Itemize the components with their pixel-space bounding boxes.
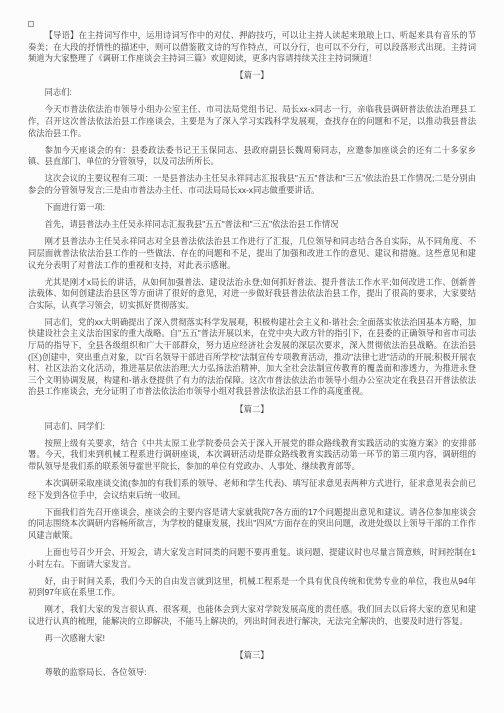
paragraph: 下面进行第一项: [28, 202, 476, 214]
paragraph: 上面也号召少开会、开短会，请大家发言时同类的问题不要再重复。谈问题、提建议时也尽… [28, 547, 476, 570]
paragraph: 按照上级有关要求，结合《中共太原工业学院委员会关于深入开展党的群众路线教育实践活… [28, 438, 476, 473]
paragraph: 今天市普法依法治市领导小组办公室主任、市司法局党组书记、局长xx-x同志一行，亲… [28, 104, 476, 139]
paragraph: 刚才县普法办主任吴永祥同志对全县普法依法治县工作进行了汇报，几位领导和同志结合各… [28, 236, 476, 271]
paragraph: 首先，请县普法办主任吴永祥同志汇报我县"五五"普法和"三五"依法治县工作情况 [28, 219, 476, 231]
paragraph: 参加今天座谈会的有：县委政法委书记王玉保同志、县政府副县长魏周菊同志，应邀参加座… [28, 145, 476, 168]
document-page: 【导语】在主持词写作中，运用诗词写作中的对仗、押韵技巧，可以让主持人读起来琅琅上… [0, 0, 504, 713]
missing-glyph-marker [28, 21, 34, 27]
paragraph: 本次调研采取座谈交流(参加的有我们系的领导、老师和学生代表)、填写征求意见表两种… [28, 478, 476, 501]
section-heading-1: 【篇一】 [28, 70, 476, 82]
salutation: 同志们: [28, 87, 476, 99]
paragraph: 再一次感谢大家! [28, 633, 476, 645]
paragraph: 下面我们首先召开座谈会，座谈会的主要内容是请大家就我院7各方面的17个问题提出意… [28, 507, 476, 542]
salutation: 尊敬的监察局长、各位领导: [28, 667, 476, 679]
paragraph: 好，由于时间关系，我们今天的自由发言就到这里，机械工程系是一个具有优良传统和优势… [28, 576, 476, 599]
paragraph: 尤其是刚才x局长的讲话，从如何加强普法、建设法治永登;如何抓好普法、提升普法工作… [28, 277, 476, 312]
salutation: 同志们、同学们: [28, 421, 476, 433]
paragraph: 刚才，我们大家的发言很认真、很客观，也能体会到大家对学院发展高度的责任感。我们回… [28, 604, 476, 627]
section-heading-2: 【篇二】 [28, 404, 476, 416]
section-heading-3: 【篇三】 [28, 650, 476, 662]
intro-paragraph: 【导语】在主持词写作中，运用诗词写作中的对仗、押韵技巧，可以让主持人读起来琅琅上… [28, 30, 476, 65]
paragraph: 同志们，党的xx大明确提出了深入贯彻落实科学发展观，积极构建社会主义和-谐社会;… [28, 317, 476, 398]
paragraph: 这次会议的主要议程有三项：一是县普法办主任吴永祥同志汇报我县"五五"普法和"三五… [28, 173, 476, 196]
